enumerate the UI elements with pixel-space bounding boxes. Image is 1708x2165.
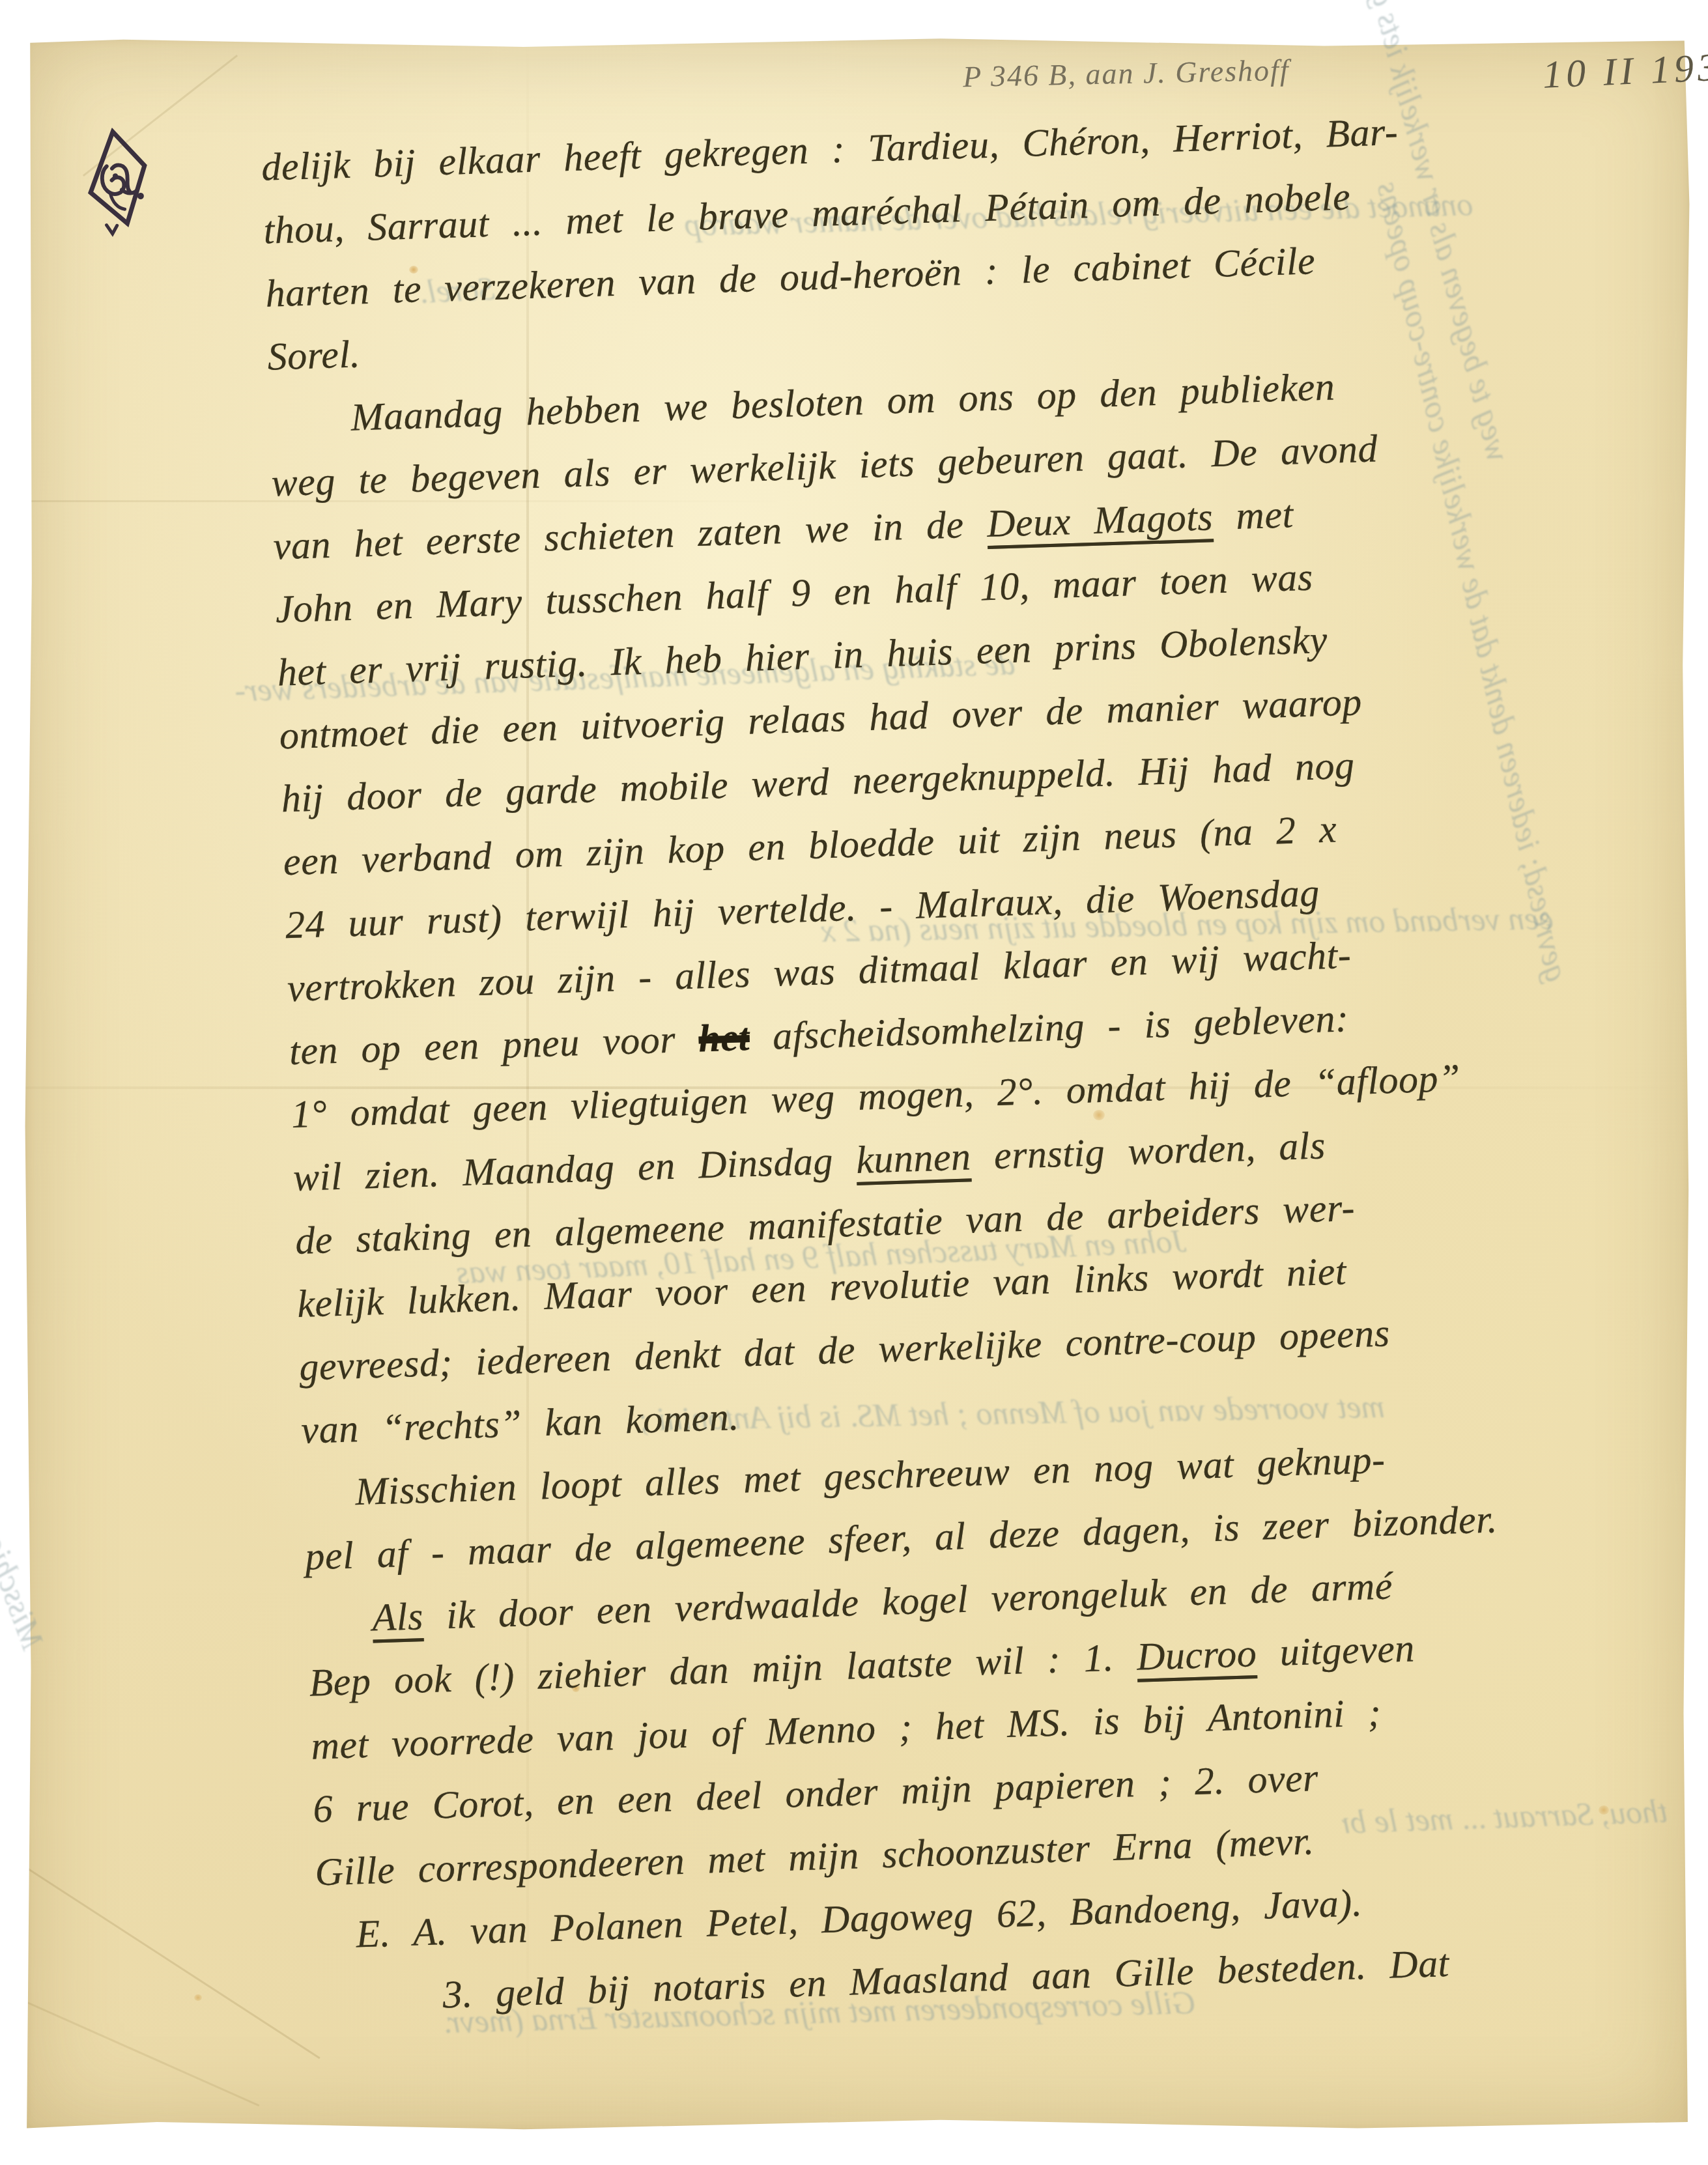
underlined-word: Als — [371, 1594, 423, 1639]
pencil-date-note: 10 II 1934 — [1542, 44, 1708, 97]
paper-stain — [194, 1994, 202, 2001]
pencil-catalog-note: P 346 B, aan J. Greshoff — [963, 53, 1290, 94]
line-text: van het eerste schieten zaten we in de — [273, 502, 988, 567]
line-text: ernstig worden, als — [970, 1124, 1326, 1178]
line-text: wil zien. Maandag en Dinsdag — [292, 1139, 857, 1199]
scanned-letter-page: ontmoet die een uitvoerig relaas had ove… — [0, 0, 1708, 2165]
line-text: met — [1212, 492, 1294, 538]
line-text: uitgeven — [1256, 1626, 1416, 1675]
letter-body: delijk bij elkaar heeft gekregen : Tardi… — [195, 92, 1708, 2033]
line-text: Sorel. — [267, 332, 361, 378]
corner-crease-2 — [9, 1994, 260, 2107]
underlined-word: kunnen — [855, 1135, 971, 1182]
line-text: ten op een pneu voor — [289, 1017, 699, 1073]
ink-stamp-icon — [79, 125, 156, 241]
underlined-phrase: Deux Magots — [986, 495, 1214, 545]
struck-word: het — [698, 1015, 750, 1060]
line-text: van “rechts” kan komen. — [300, 1395, 739, 1452]
line-text: afscheidsomhelzing - is gebleven: — [749, 997, 1350, 1058]
underlined-word: Ducroo — [1136, 1632, 1257, 1678]
